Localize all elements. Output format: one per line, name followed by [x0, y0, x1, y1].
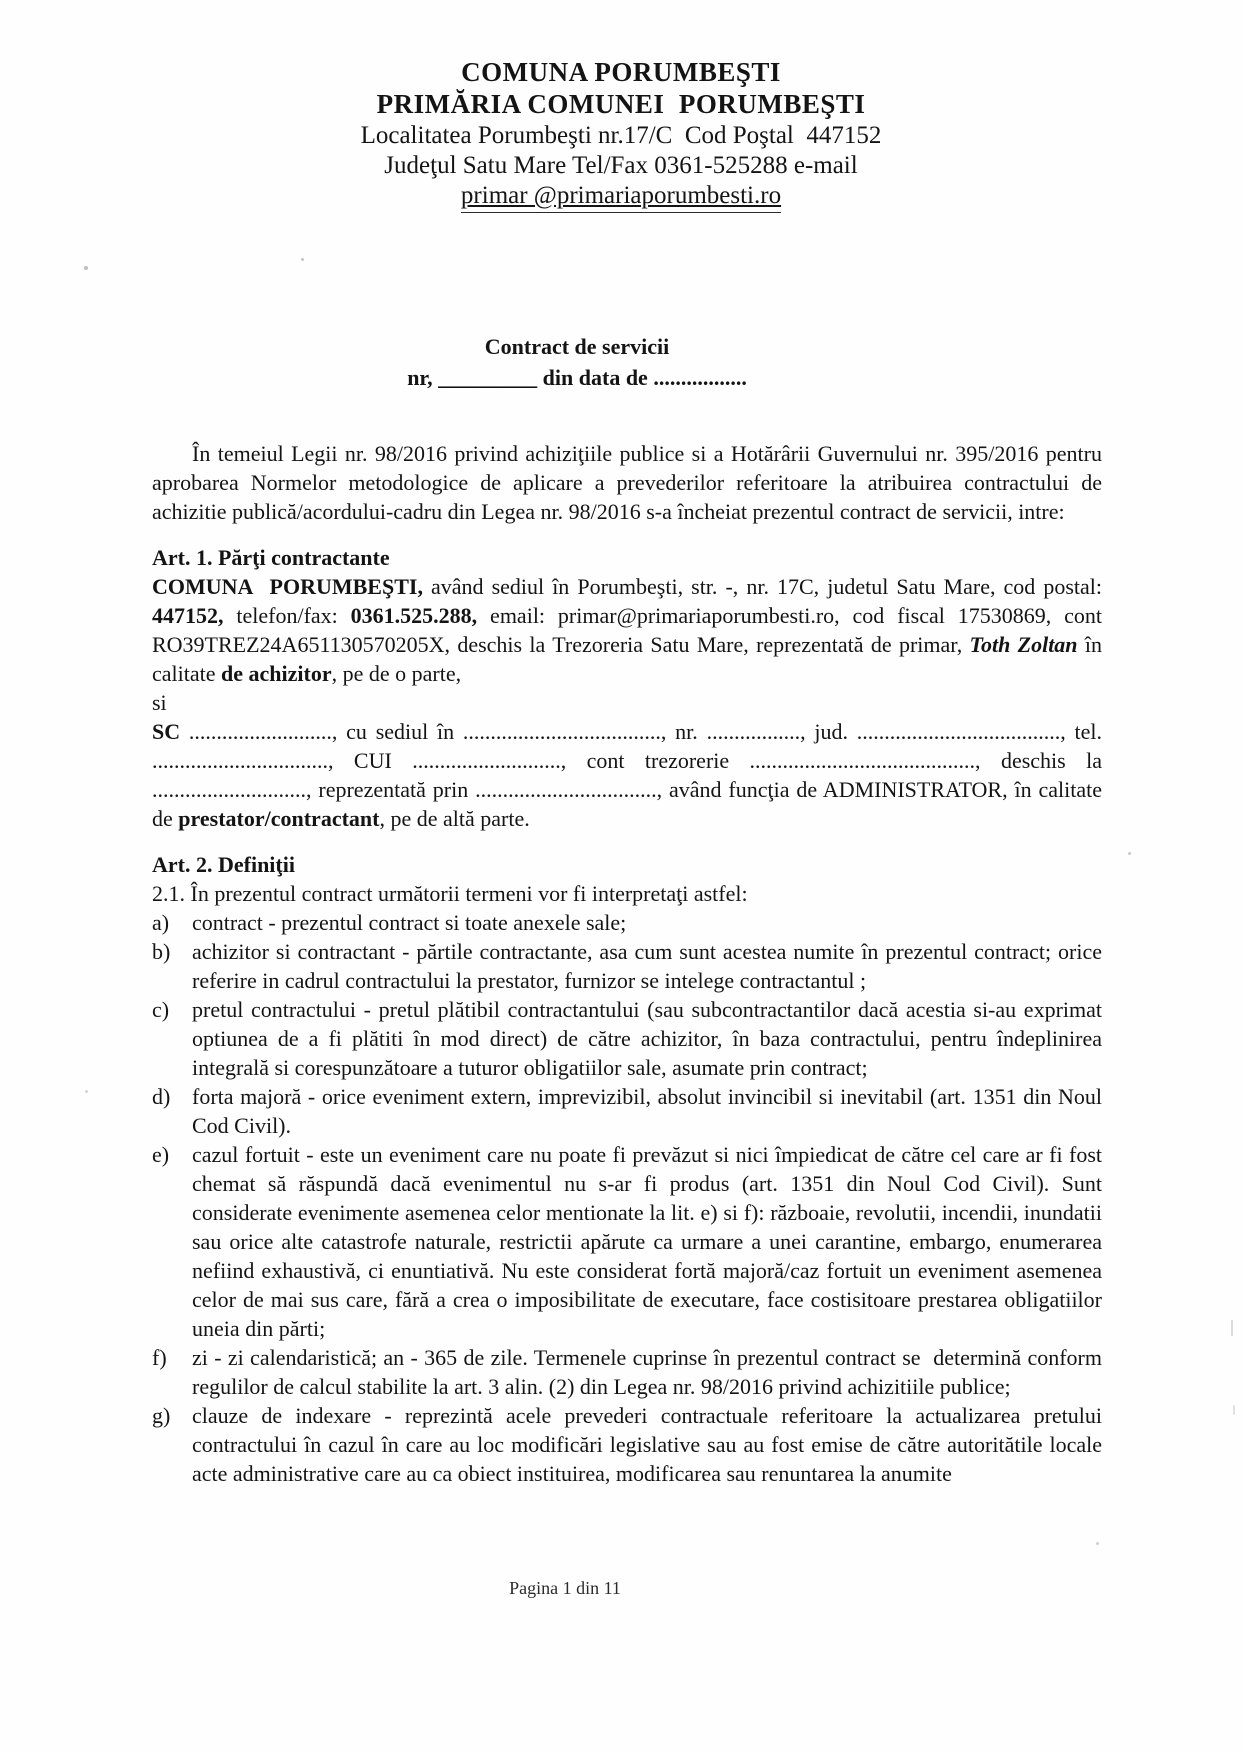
definition-item: c)pretul contractului - pretul plătibil …: [152, 995, 1102, 1082]
scan-speck: [1231, 1320, 1233, 1336]
definition-item: b)achizitor si contractant - părtile con…: [152, 937, 1102, 995]
letterhead: COMUNA PORUMBEŞTI PRIMĂRIA COMUNEI PORUM…: [0, 0, 1242, 213]
document-body: În temeiul Legii nr. 98/2016 privind ach…: [152, 439, 1102, 1488]
text-segment: telefon/fax:: [224, 603, 351, 628]
paragraph: SC .........................., cu sediul…: [152, 717, 1102, 833]
scan-speck: [85, 1090, 88, 1093]
article-heading: Art. 1. Părţi contractante: [152, 543, 1102, 572]
text-segment: În temeiul Legii nr. 98/2016 privind ach…: [152, 441, 1102, 524]
text-segment: , pe de altă parte.: [379, 806, 529, 831]
scan-speck: [301, 258, 304, 261]
list-marker: e): [152, 1140, 192, 1169]
article-heading: Art. 2. Definiţii: [152, 850, 1102, 879]
text-segment: 0361.525.288,: [351, 603, 478, 628]
list-marker: c): [152, 995, 192, 1024]
list-marker: b): [152, 937, 192, 966]
text-segment: cazul fortuit - este un eveniment care n…: [192, 1142, 1102, 1341]
text-segment: forta majoră - orice eveniment extern, i…: [192, 1084, 1102, 1138]
definition-item: g)clauze de indexare - reprezintă acele …: [152, 1401, 1102, 1488]
text-segment: Toth Zoltan: [970, 632, 1078, 657]
address-line: Localitatea Porumbeşti nr.17/C Cod Poşta…: [0, 121, 1242, 151]
text-segment: clauze de indexare - reprezintă acele pr…: [192, 1403, 1102, 1486]
page-number: Pagina 1 din 11: [509, 1578, 621, 1598]
scan-speck: [1128, 852, 1131, 855]
text-segment: contract - prezentul contract si toate a…: [192, 910, 626, 935]
email-address: primar @primariaporumbesti.ro: [461, 181, 781, 213]
text-segment: Art. 1. Părţi contractante: [152, 545, 390, 570]
definition-item: f)zi - zi calendaristică; an - 365 de zi…: [152, 1343, 1102, 1401]
text-segment: zi - zi calendaristică; an - 365 de zile…: [192, 1345, 1102, 1399]
definition-item: a)contract - prezentul contract si toate…: [152, 908, 1102, 937]
contact-line: Judeţul Satu Mare Tel/Fax 0361-525288 e-…: [0, 151, 1242, 181]
text-segment: având sediul în Porumbeşti, str. -, nr. …: [423, 574, 1102, 599]
scan-speck: [1096, 1542, 1099, 1545]
org-subname-line: PRIMĂRIA COMUNEI PORUMBEŞTI: [0, 88, 1242, 120]
text-segment: si: [152, 690, 167, 715]
text-segment: pretul contractului - pretul plătibil co…: [192, 997, 1102, 1080]
contract-title: Contract de servicii: [0, 331, 1154, 362]
definition-item: e)cazul fortuit - este un eveniment care…: [152, 1140, 1102, 1343]
text-segment: de achizitor: [221, 661, 332, 686]
list-marker: a): [152, 908, 192, 937]
paragraph: În temeiul Legii nr. 98/2016 privind ach…: [152, 439, 1102, 526]
text-segment: Art. 2. Definiţii: [152, 852, 295, 877]
text-segment: COMUNA PORUMBEŞTI,: [152, 574, 423, 599]
document-page: COMUNA PORUMBEŞTI PRIMĂRIA COMUNEI PORUM…: [0, 0, 1242, 1752]
text-segment: 2.1. În prezentul contract următorii ter…: [152, 881, 748, 906]
scan-speck: [84, 266, 88, 270]
scan-speck: [1233, 1405, 1235, 1415]
list-marker: f): [152, 1343, 192, 1372]
paragraph: 2.1. În prezentul contract următorii ter…: [152, 879, 1102, 908]
org-name-line: COMUNA PORUMBEŞTI: [0, 56, 1242, 88]
list-marker: g): [152, 1401, 192, 1430]
contract-number-line: nr, _________ din data de ..............…: [0, 362, 1154, 393]
document-title: Contract de servicii nr, _________ din d…: [0, 331, 1242, 393]
list-marker: d): [152, 1082, 192, 1111]
paragraph: COMUNA PORUMBEŞTI, având sediul în Porum…: [152, 572, 1102, 688]
email-line-wrap: primar @primariaporumbesti.ro: [0, 181, 1242, 213]
text-segment: prestator/contractant: [178, 806, 379, 831]
paragraph: si: [152, 688, 1102, 717]
page-footer: Pagina 1 din 11: [0, 1578, 1186, 1599]
text-segment: 447152,: [152, 603, 224, 628]
text-segment: , pe de o parte,: [332, 661, 462, 686]
text-segment: SC: [152, 719, 180, 744]
definition-item: d)forta majoră - orice eveniment extern,…: [152, 1082, 1102, 1140]
text-segment: achizitor si contractant - părtile contr…: [192, 939, 1102, 993]
